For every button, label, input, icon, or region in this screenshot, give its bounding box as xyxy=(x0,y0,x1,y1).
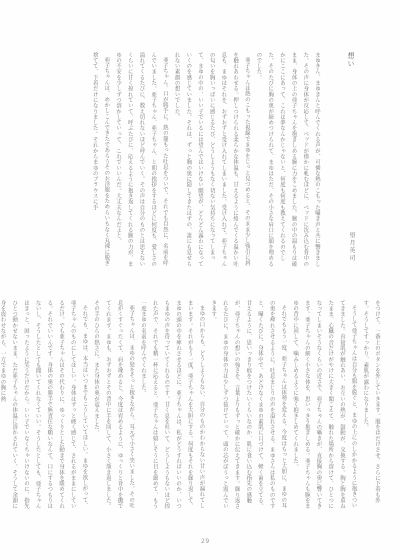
page-number: 29 xyxy=(201,538,210,545)
paragraph: それでも、まゆは、本当はいつまでもこうしていてほしい。まゆを欲しがって、亜子ちゃ… xyxy=(0,300,89,512)
text-band-bottom: をつけて、一番上のボタンを外していきます。服をはだけさせ、さらに下着も外す。そう… xyxy=(0,300,382,512)
paragraph: それでももう一度、亜子ちゃんは体勢を変える。今度はもっと大胆に、まゆの耳の奥を痺… xyxy=(206,300,288,512)
paragraph: をつけて、一番上のボタンを外していきます。服をはだけさせ、さらに下着も外す。そう… xyxy=(359,300,382,512)
paragraph: 亜子ちゃんは熱のこもった視線でまゆをじっと見つめると、そのまま少し強引に唇を触れ… xyxy=(170,52,252,270)
scanned-book-page: 想い 望月英司 まゆきん、まゆきんと呼んでくれる声が、可憐な熱のこもった囁き声と… xyxy=(0,0,400,560)
author-name: 望月英司 xyxy=(347,232,356,262)
paragraph: まゆきん、まゆきんと呼んでくれる声が、可憐な熱のこもった囁き声と共に響きました。… xyxy=(252,52,322,270)
paragraph: そうして亜子ちゃんは自分も服を脱ぐと、まゆの上にのしかかるように抱きついてきまし… xyxy=(288,300,358,512)
text-band-top: まゆきん、まゆきんと呼んでくれる声が、可憐な熱のこもった囁き声と共に響きました。… xyxy=(88,52,322,270)
paragraph: 亜子ちゃんは、めかしこんできたであろうそのお洋服をためらいもなく丸裸に脱ぎ捨てて… xyxy=(88,52,111,270)
paragraph: まゆの口からも、どうしようもない、自分のものかわからない甘い声が漏れてしまいます… xyxy=(136,300,206,512)
page-title: 想い xyxy=(346,52,356,68)
paragraph: 亜子ちゃんは、まゆの髪をそっと梳きながら、耳元で小さく笑いました。その吐息がくす… xyxy=(89,300,136,512)
paragraph: 亜子ちゃん。口が勝手に、熱の籠もった吐息をついで、それでも自然に、名前を呼んでい… xyxy=(111,52,170,270)
